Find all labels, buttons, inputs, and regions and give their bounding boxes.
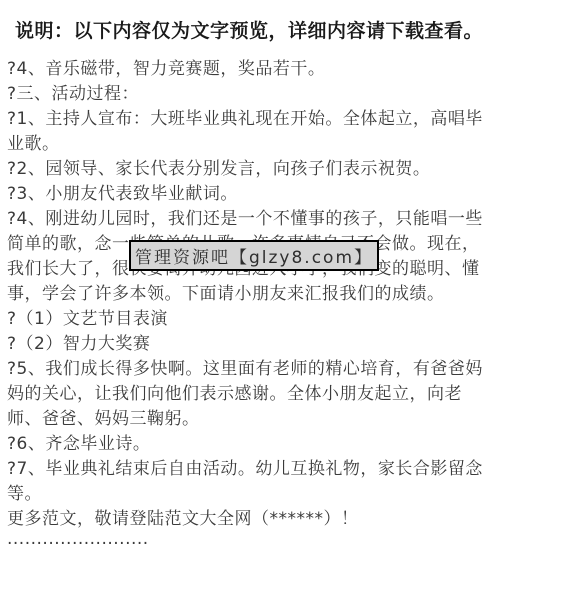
text-line: ?1、主持人宣布：大班毕业典礼现在开始。全体起立，高唱毕 bbox=[7, 107, 574, 132]
text-line: ?4、音乐磁带，智力竞赛题，奖品若干。 bbox=[7, 57, 574, 82]
text-line: ?6、齐念毕业诗。 bbox=[7, 432, 574, 457]
text-line: ?4、刚进幼儿园时，我们还是一个不懂事的孩子，只能唱一些 bbox=[7, 207, 574, 232]
preview-notice-heading: 说明：以下内容仅为文字预览，详细内容请下载查看。 bbox=[15, 16, 483, 43]
site-watermark-text: 管理资源吧【glzy8.com】 bbox=[135, 243, 373, 268]
document-preview-page: 说明：以下内容仅为文字预览，详细内容请下载查看。 ?4、音乐磁带，智力竞赛题，奖… bbox=[0, 0, 578, 600]
site-watermark-banner: 管理资源吧【glzy8.com】 bbox=[129, 240, 379, 271]
text-line: ?三、活动过程： bbox=[7, 82, 574, 107]
document-text: ?4、音乐磁带，智力竞赛题，奖品若干。 ?三、活动过程： ?1、主持人宣布：大班… bbox=[7, 57, 574, 557]
text-line: ?3、小朋友代表致毕业献词。 bbox=[7, 182, 574, 207]
text-line: ?7、毕业典礼结束后自由活动。幼儿互换礼物，家长合影留念 bbox=[7, 457, 574, 482]
text-line: ?5、我们成长得多快啊。这里面有老师的精心培育，有爸爸妈 bbox=[7, 357, 574, 382]
text-line: ?（1）文艺节目表演 bbox=[7, 307, 574, 332]
text-line: 妈的关心，让我们向他们表示感谢。全体小朋友起立，向老 bbox=[7, 382, 574, 407]
text-line: ?2、园领导、家长代表分别发言，向孩子们表示祝贺。 bbox=[7, 157, 574, 182]
text-line: ?（2）智力大奖赛 bbox=[7, 332, 574, 357]
text-line: 更多范文，敬请登陆范文大全网（******）！ bbox=[7, 507, 574, 532]
text-line: 业歌。 bbox=[7, 132, 574, 157]
text-line: 师、爸爸、妈妈三鞠躬。 bbox=[7, 407, 574, 432]
dotted-trailer-line: ························ bbox=[7, 532, 574, 557]
text-line: 等。 bbox=[7, 482, 574, 507]
text-line: 事，学会了许多本领。下面请小朋友来汇报我们的成绩。 bbox=[7, 282, 574, 307]
